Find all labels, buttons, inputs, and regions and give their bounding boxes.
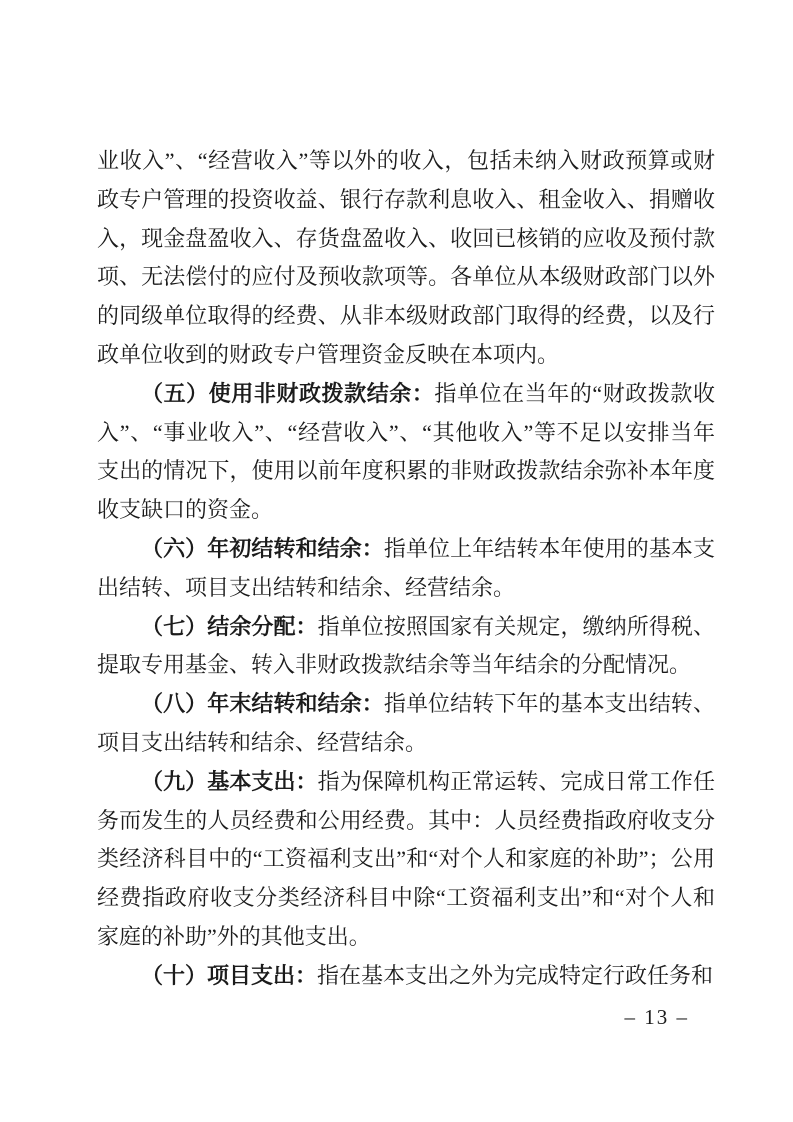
section-heading: （五）使用非财政拨款结余： bbox=[141, 381, 434, 406]
paragraph-section-8-year-end-carryover: （八）年末结转和结余：指单位结转下年的基本支出结转、项目支出结转和结余、经营结余… bbox=[97, 685, 715, 763]
paragraph-other-income-continuation: 业收入”、“经营收入”等以外的收入，包括未纳入财政预算或财政专户管理的投资收益、… bbox=[97, 142, 715, 375]
section-heading: （八）年末结转和结余： bbox=[141, 691, 384, 716]
page-number: – 13 – bbox=[625, 1005, 690, 1030]
paragraph-section-9-basic-expenditure: （九）基本支出：指为保障机构正常运转、完成日常工作任务而发生的人员经费和公用经费… bbox=[97, 763, 715, 957]
paragraph-text: 指为保障机构正常运转、完成日常工作任务而发生的人员经费和公用经费。其中：人员经费… bbox=[97, 769, 715, 949]
paragraph-text: 业收入”、“经营收入”等以外的收入，包括未纳入财政预算或财政专户管理的投资收益、… bbox=[97, 148, 715, 367]
section-heading: （六）年初结转和结余： bbox=[141, 536, 384, 561]
paragraph-section-6-beginning-year-carryover: （六）年初结转和结余：指单位上年结转本年使用的基本支出结转、项目支出结转和结余、… bbox=[97, 530, 715, 608]
paragraph-section-10-project-expenditure: （十）项目支出：指在基本支出之外为完成特定行政任务和 bbox=[97, 957, 715, 996]
document-page: 业收入”、“经营收入”等以外的收入，包括未纳入财政预算或财政专户管理的投资收益、… bbox=[0, 0, 793, 1122]
section-heading: （十）项目支出： bbox=[141, 963, 317, 988]
paragraph-text: 指在基本支出之外为完成特定行政任务和 bbox=[317, 963, 713, 988]
section-heading: （七）结余分配： bbox=[141, 614, 318, 639]
document-body: 业收入”、“经营收入”等以外的收入，包括未纳入财政预算或财政专户管理的投资收益、… bbox=[97, 142, 715, 996]
paragraph-section-7-surplus-distribution: （七）结余分配：指单位按照国家有关规定，缴纳所得税、提取专用基金、转入非财政拨款… bbox=[97, 608, 715, 686]
section-heading: （九）基本支出： bbox=[141, 769, 318, 794]
paragraph-section-5-use-of-non-fiscal-carryover: （五）使用非财政拨款结余：指单位在当年的“财政拨款收入”、“事业收入”、“经营收… bbox=[97, 375, 715, 530]
